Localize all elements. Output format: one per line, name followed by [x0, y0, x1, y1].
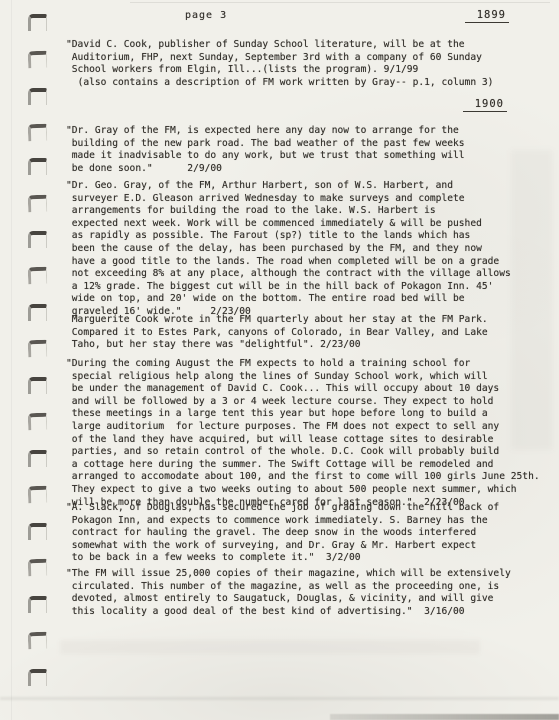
binding-hook	[28, 669, 47, 686]
binding-hook	[28, 596, 47, 613]
scan-top-edge	[130, 2, 550, 3]
binding-hook	[28, 340, 48, 358]
binding-hook	[28, 124, 48, 142]
scan-bottom-band	[0, 697, 559, 700]
binding-hook	[28, 51, 48, 69]
binding-hook	[28, 377, 47, 394]
journal-entry-road-survey: "Dr. Geo. Gray, of the FM, Arthur Harber…	[66, 180, 511, 319]
binding-hook	[28, 88, 47, 105]
journal-entry-slack-grading: "A. Slack, of Douglas, has secured the j…	[66, 502, 499, 565]
journal-entry-training-school: "During the coming August the FM expects…	[66, 358, 540, 509]
binding-hook	[28, 195, 48, 213]
binding-hook	[28, 523, 47, 540]
journal-entry-marguerite: Marguerite Cook wrote in the FM quarterl…	[66, 314, 488, 352]
binding-hook	[28, 14, 47, 31]
page-number-label: page 3	[185, 10, 227, 21]
binding-hook	[28, 304, 47, 321]
scan-left-edge	[11, 0, 12, 720]
binding-hook	[28, 158, 47, 175]
scan-bottom-shadow	[330, 714, 559, 720]
binding-hook	[28, 231, 47, 248]
scan-smudge	[511, 150, 553, 450]
journal-entry-magazine: "The FM will issue 25,000 copies of thei…	[66, 568, 511, 618]
year-heading-1899: 1899	[465, 9, 509, 23]
scan-smudge	[60, 640, 480, 654]
scanned-page: page 3 1899 1900 "David C. Cook, publish…	[0, 0, 559, 720]
binding-hook	[28, 267, 48, 285]
binding-hook	[28, 486, 48, 504]
binding-hook	[28, 450, 47, 467]
binding-hook	[28, 559, 48, 577]
journal-entry-dr-gray: "Dr. Gray of the FM, is expected here an…	[66, 125, 465, 175]
journal-entry-david-cook: "David C. Cook, publisher of Sunday Scho…	[66, 39, 493, 89]
year-heading-1900: 1900	[463, 98, 507, 112]
binding-hook	[28, 632, 48, 650]
binding-hook	[28, 413, 48, 431]
